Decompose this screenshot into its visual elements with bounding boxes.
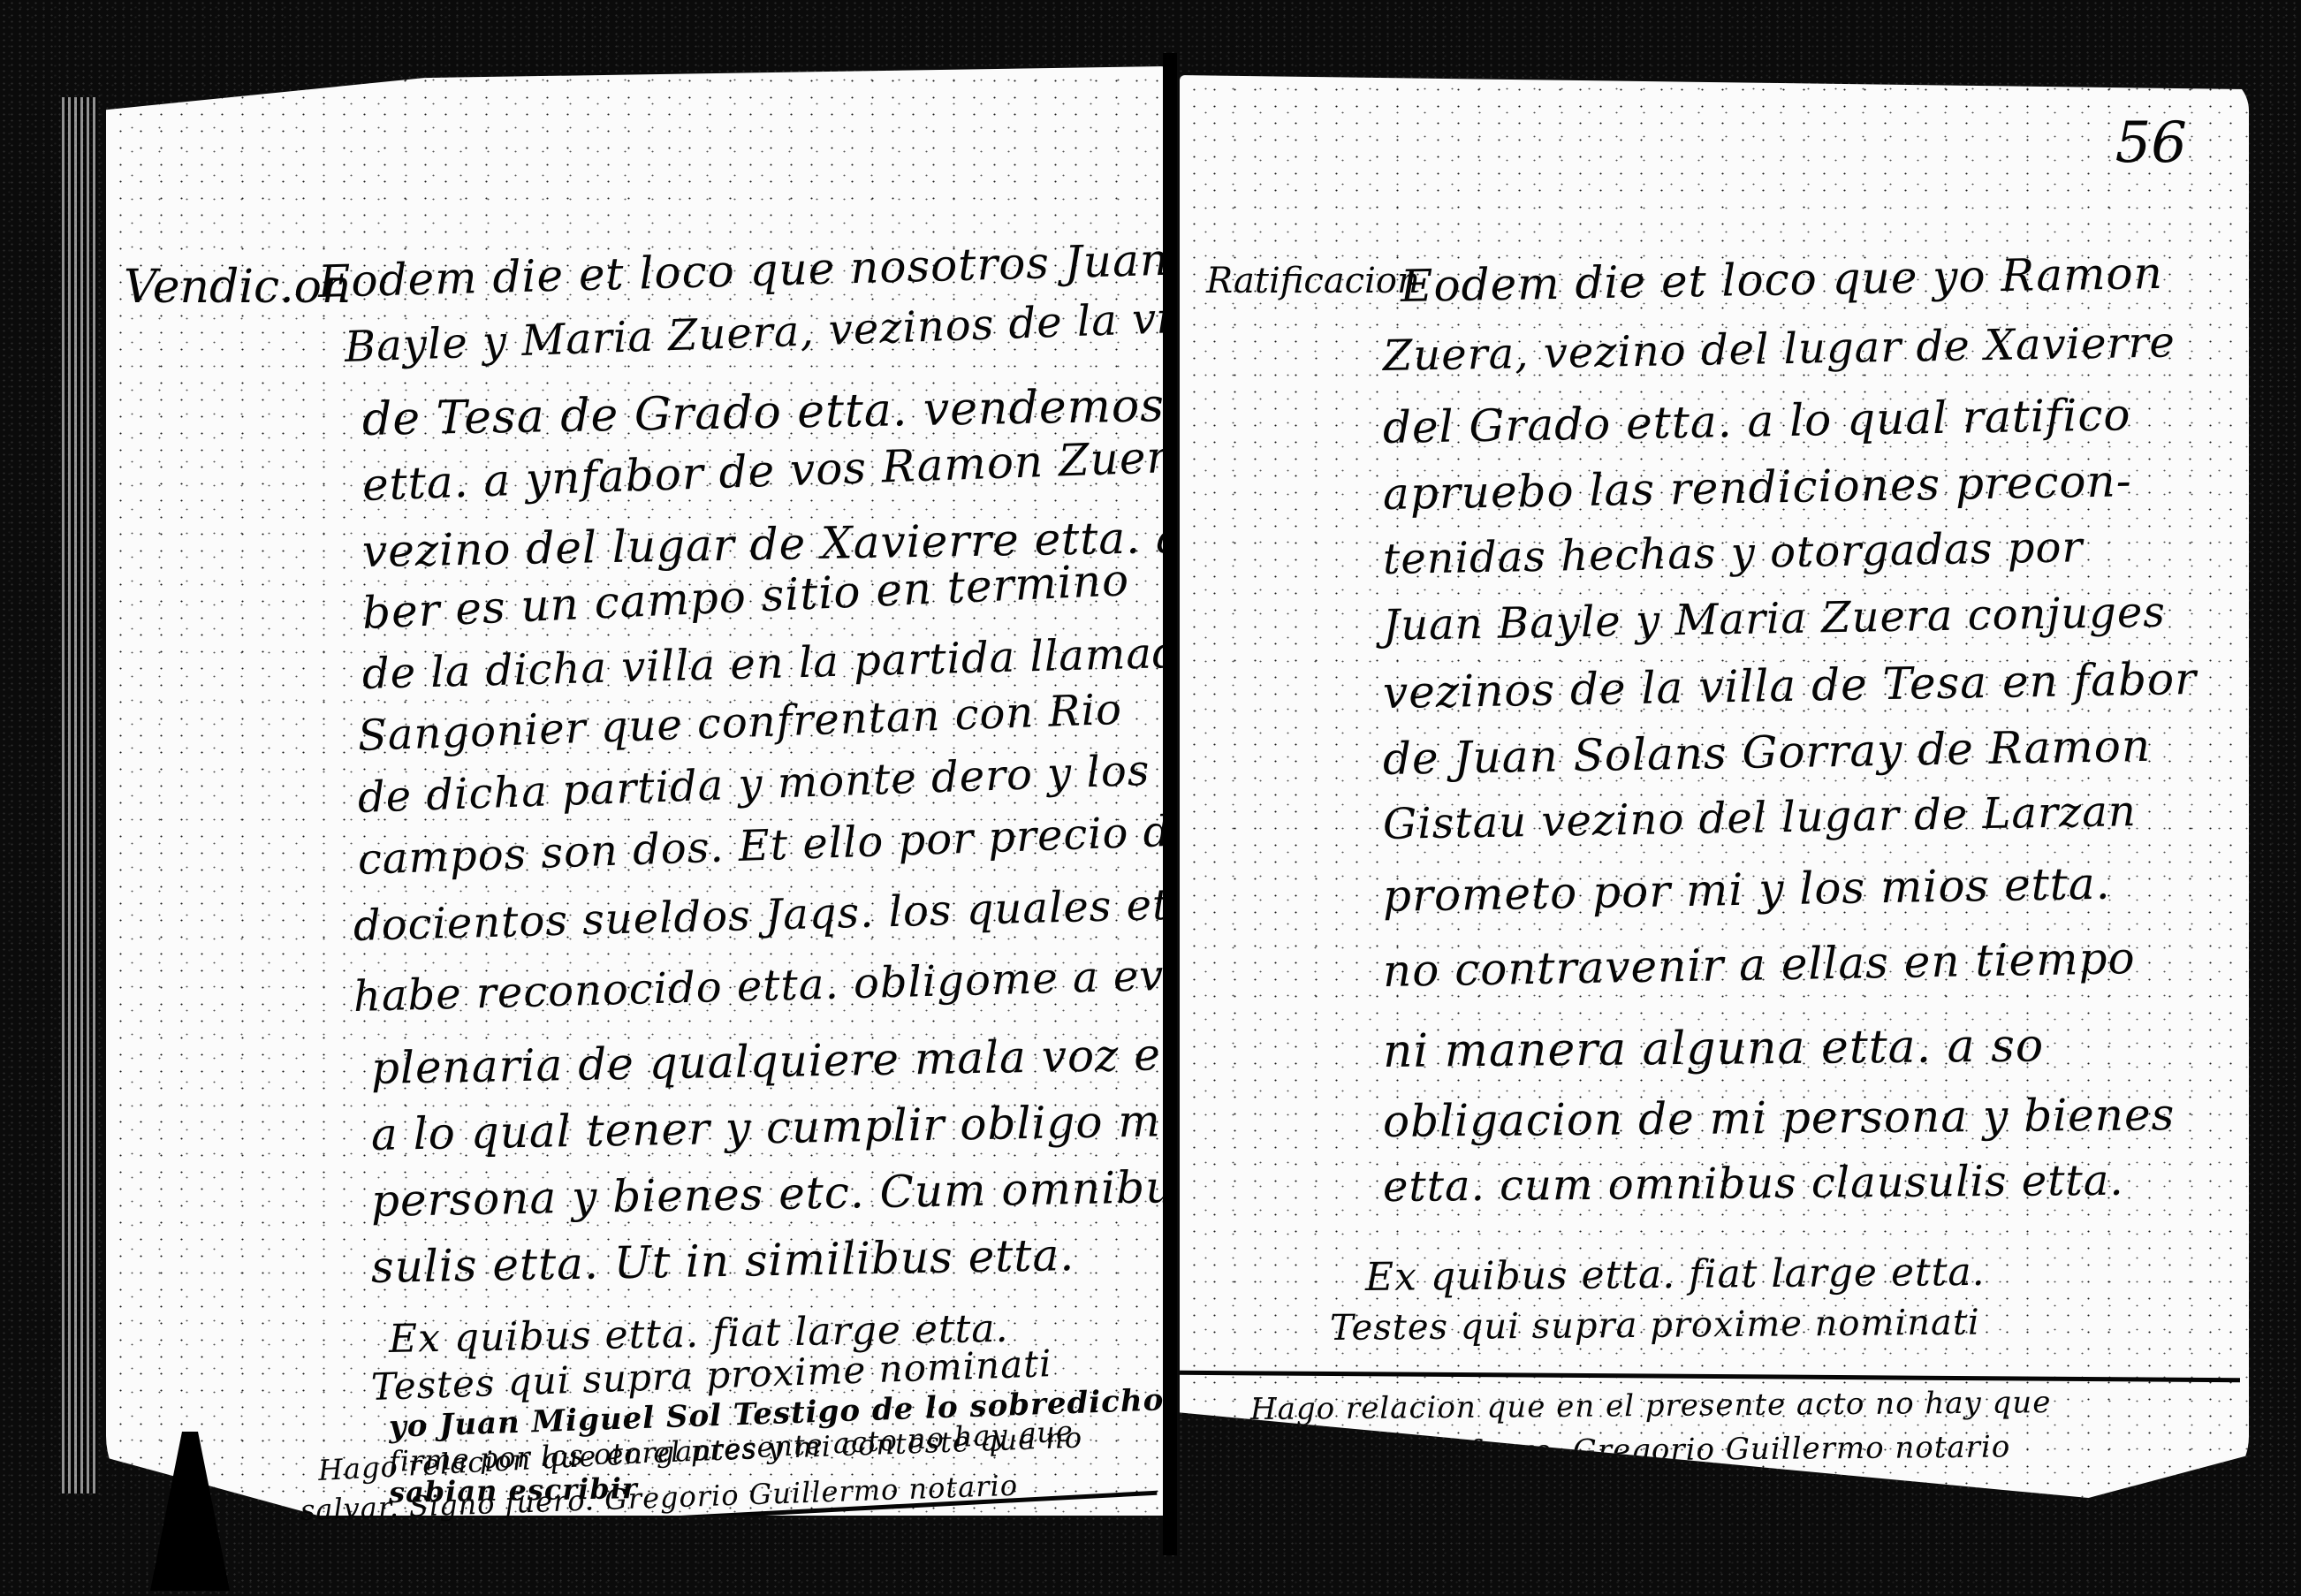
left-body-line: a lo qual tener y cumplir obligo mi [370,1095,1166,1160]
right-body-line: Zuera, vezino del lugar de Xavierre [1383,317,2176,381]
right-body-line: apruebo las rendiciones precon- [1382,455,2132,520]
right-body-line: no contravenir a ellas en tiempo [1382,932,2136,997]
right-body-line: de Juan Solans Gorray de Ramon [1382,720,2151,785]
right-body-line: tenidas hechas y otorgadas por [1383,522,2084,584]
right-body-line: vezinos de la villa de Tesa en fabor [1382,653,2197,718]
right-separator-line [1180,1371,2240,1382]
left-body-line: Eodem die et loco que nosotros Juan [317,234,1166,308]
left-page: Vendic.on Eodem die et loco que nosotros… [106,66,1166,1516]
right-body-line: Gistau vezino del lugar de Larzan [1383,787,2138,849]
right-body-line: etta. cum omnibus clausulis etta. [1383,1156,2124,1212]
right-page: 56 Ratificacion Eodem die et loco que yo… [1180,75,2249,1498]
left-body-line: persona y bienes etc. Cum omnibus clau- [370,1159,1166,1227]
right-body-line: prometo por mi y los mios etta. [1382,858,2111,922]
right-witness-line: Ex quibus etta. fiat large etta. [1365,1250,1986,1300]
left-body-line: Bayle y Maria Zuera, vezinos de la villa [344,292,1166,372]
right-body-line: Juan Bayle y Maria Zuera conjuges [1383,588,2167,650]
right-body-line: Eodem die et loco que yo Ramon [1400,247,2163,312]
left-body-line: plenaria de qualquiere mala voz etc. [370,1028,1166,1094]
folio-number: 56 [2115,110,2187,176]
right-body-line: del Grado etta. a lo qual ratifico [1382,389,2130,453]
book-gutter [1163,53,1177,1555]
left-body-line: habe reconocido etta. obligome a eviccio… [353,947,1166,1022]
left-body-line: sulis etta. Ut in similibus etta. [370,1229,1075,1293]
left-body-line: docientos sueldos Jaqs. los quales etta. [353,878,1166,951]
page-stack-edge [62,97,97,1493]
right-margin-note: Ratificacion [1206,261,1420,301]
right-witness-line: Testes qui supra proxime nominati [1330,1303,1980,1349]
right-notary-line: Hago relacion que en el presente acto no… [1250,1385,2052,1427]
right-body-line: obligacion de mi persona y bienes [1383,1089,2176,1147]
right-body-line: ni manera alguna etta. a so [1383,1019,2045,1078]
